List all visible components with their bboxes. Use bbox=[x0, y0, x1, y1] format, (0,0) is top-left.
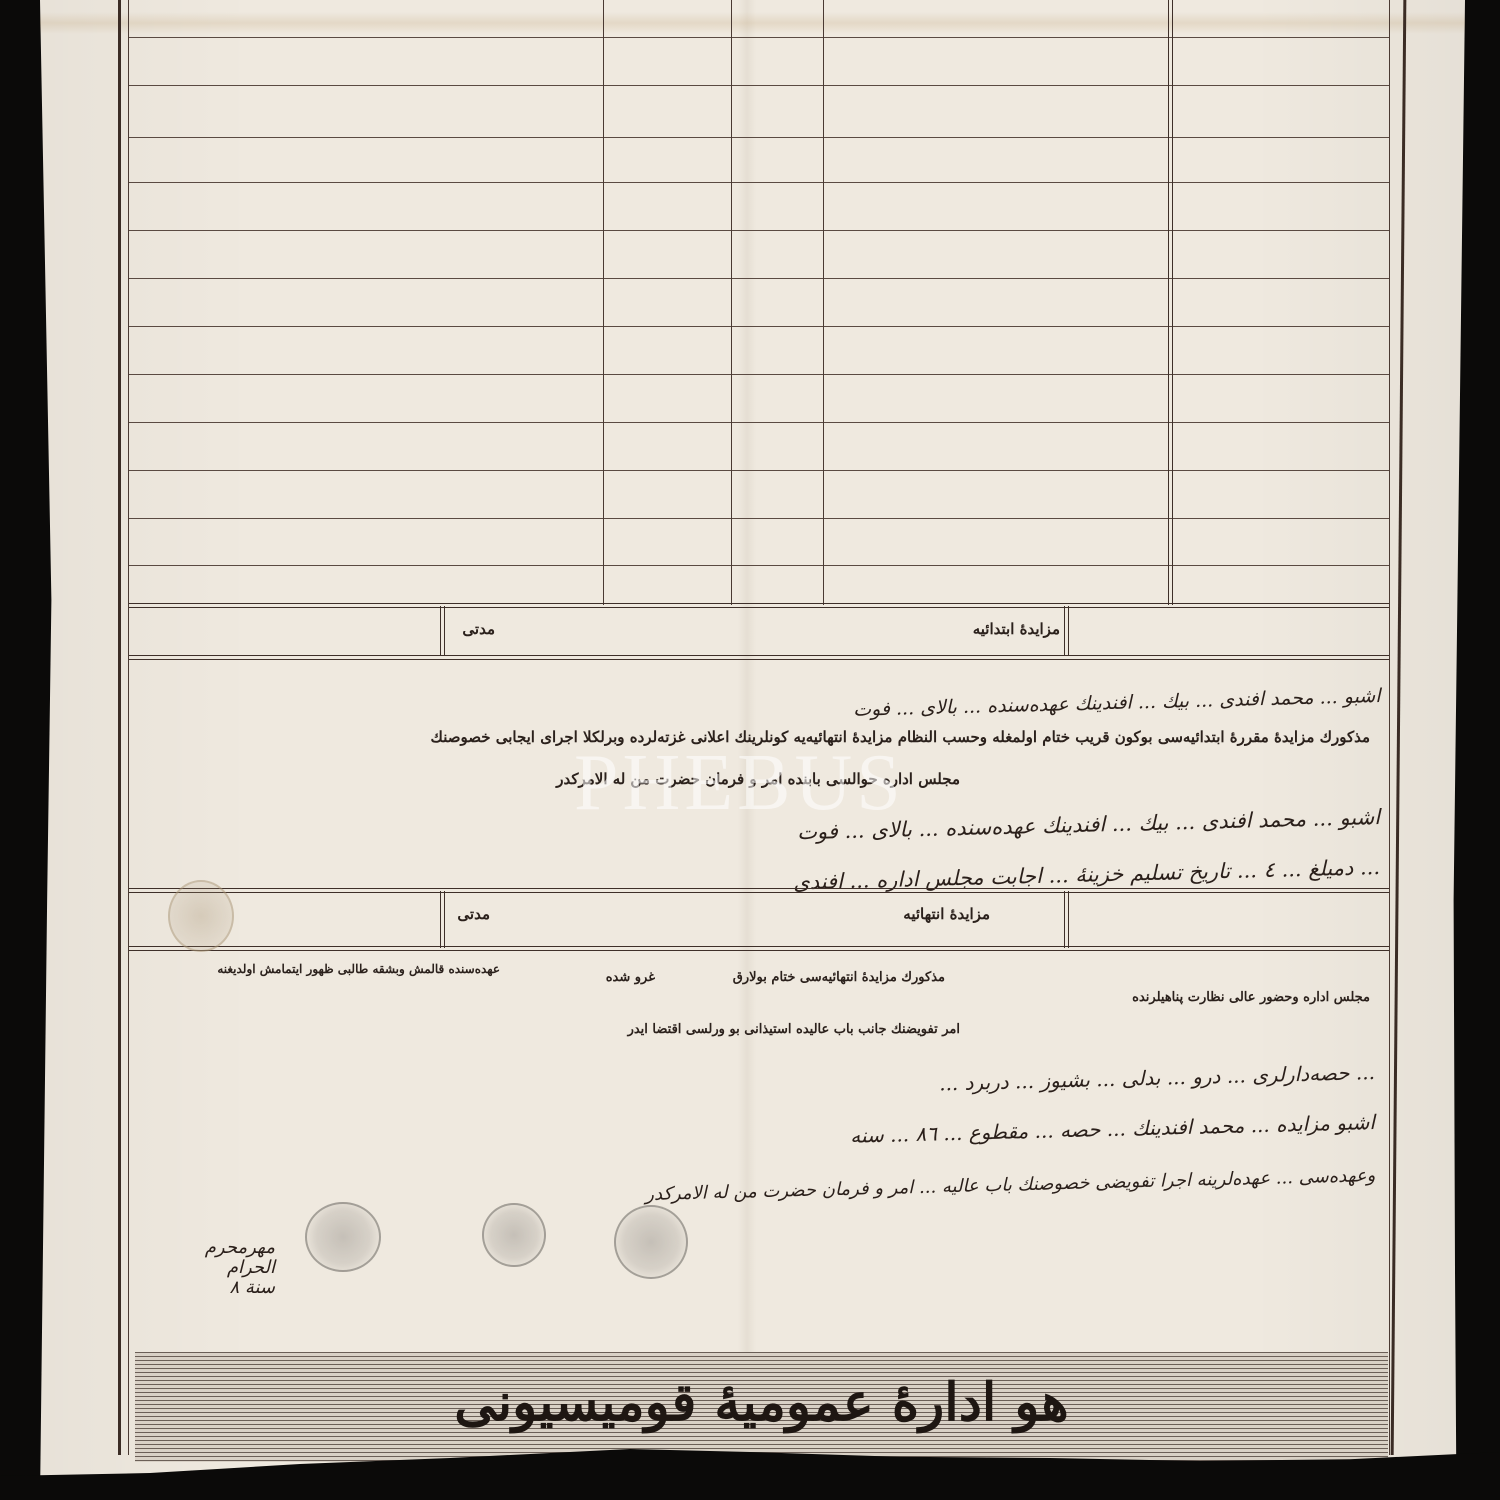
footer-title: هو ادارهٔ عمومیهٔ قومیسیونی bbox=[135, 1372, 1388, 1433]
band-rule-top bbox=[129, 888, 1389, 893]
table-rule bbox=[129, 230, 1389, 231]
printed-segment: عهده‌سنده قالمش وبشقه طالبى ظهور ايتمامش… bbox=[217, 962, 500, 976]
band-divider bbox=[440, 606, 445, 656]
table-rule bbox=[129, 326, 1389, 327]
outer-border-left bbox=[118, 0, 121, 1455]
table-rule bbox=[129, 565, 1389, 566]
table-rule bbox=[129, 422, 1389, 423]
table-rule bbox=[129, 182, 1389, 183]
inner-border-left bbox=[128, 0, 129, 1455]
watermark: PHEBUS bbox=[574, 738, 905, 829]
initial-auction-duration-label: مدتى bbox=[462, 620, 495, 638]
seal-stamp bbox=[482, 1203, 546, 1267]
band-divider bbox=[440, 891, 445, 948]
table-rule bbox=[129, 37, 1389, 38]
table-rule bbox=[129, 374, 1389, 375]
date-annotation-line: مهرمحرم الحرام bbox=[155, 1238, 275, 1278]
table-column-divider bbox=[823, 0, 824, 605]
initial-auction-label: مزايدهٔ ابتدائيه bbox=[973, 620, 1060, 638]
table-column-divider-double bbox=[1168, 0, 1173, 605]
date-annotation-line: سنة ٨ bbox=[155, 1278, 275, 1298]
inner-border-right bbox=[1389, 0, 1390, 1455]
band-divider bbox=[1064, 606, 1069, 656]
band-rule-bottom bbox=[129, 946, 1389, 951]
printed-segment: غرو شده bbox=[606, 970, 655, 985]
date-annotation: مهرمحرم الحرام سنة ٨ bbox=[155, 1238, 275, 1298]
table-rule bbox=[129, 85, 1389, 86]
table-rule bbox=[129, 518, 1389, 519]
table-column-divider bbox=[603, 0, 604, 605]
seal-stamp bbox=[305, 1202, 381, 1272]
table-column-divider bbox=[731, 0, 732, 605]
seal-stamp-faded bbox=[168, 880, 234, 952]
table-rule bbox=[129, 137, 1389, 138]
printed-segment: مذكورك مزايدهٔ انتهائيه‌سى ختام بولارق bbox=[733, 970, 945, 985]
final-auction-duration-label: مدتى bbox=[457, 905, 490, 923]
printed-segment: مجلس اداره وحضور عالى نظارت پناهيلرنده bbox=[1132, 990, 1370, 1005]
band-rule-bottom bbox=[129, 655, 1389, 660]
table-rule bbox=[129, 470, 1389, 471]
horizontal-fold-crease bbox=[40, 12, 1465, 34]
final-auction-label: مزايدهٔ انتهائيه bbox=[903, 905, 990, 923]
printed-line: امر تفويضنك جانب باب عاليده استيذانى بو … bbox=[628, 1022, 960, 1037]
band-rule-top bbox=[129, 603, 1389, 608]
band-divider bbox=[1064, 891, 1069, 948]
footer-decorative-band: هو ادارهٔ عمومیهٔ قومیسیونی bbox=[135, 1352, 1388, 1462]
seal-stamp bbox=[614, 1205, 688, 1279]
table-rule bbox=[129, 278, 1389, 279]
